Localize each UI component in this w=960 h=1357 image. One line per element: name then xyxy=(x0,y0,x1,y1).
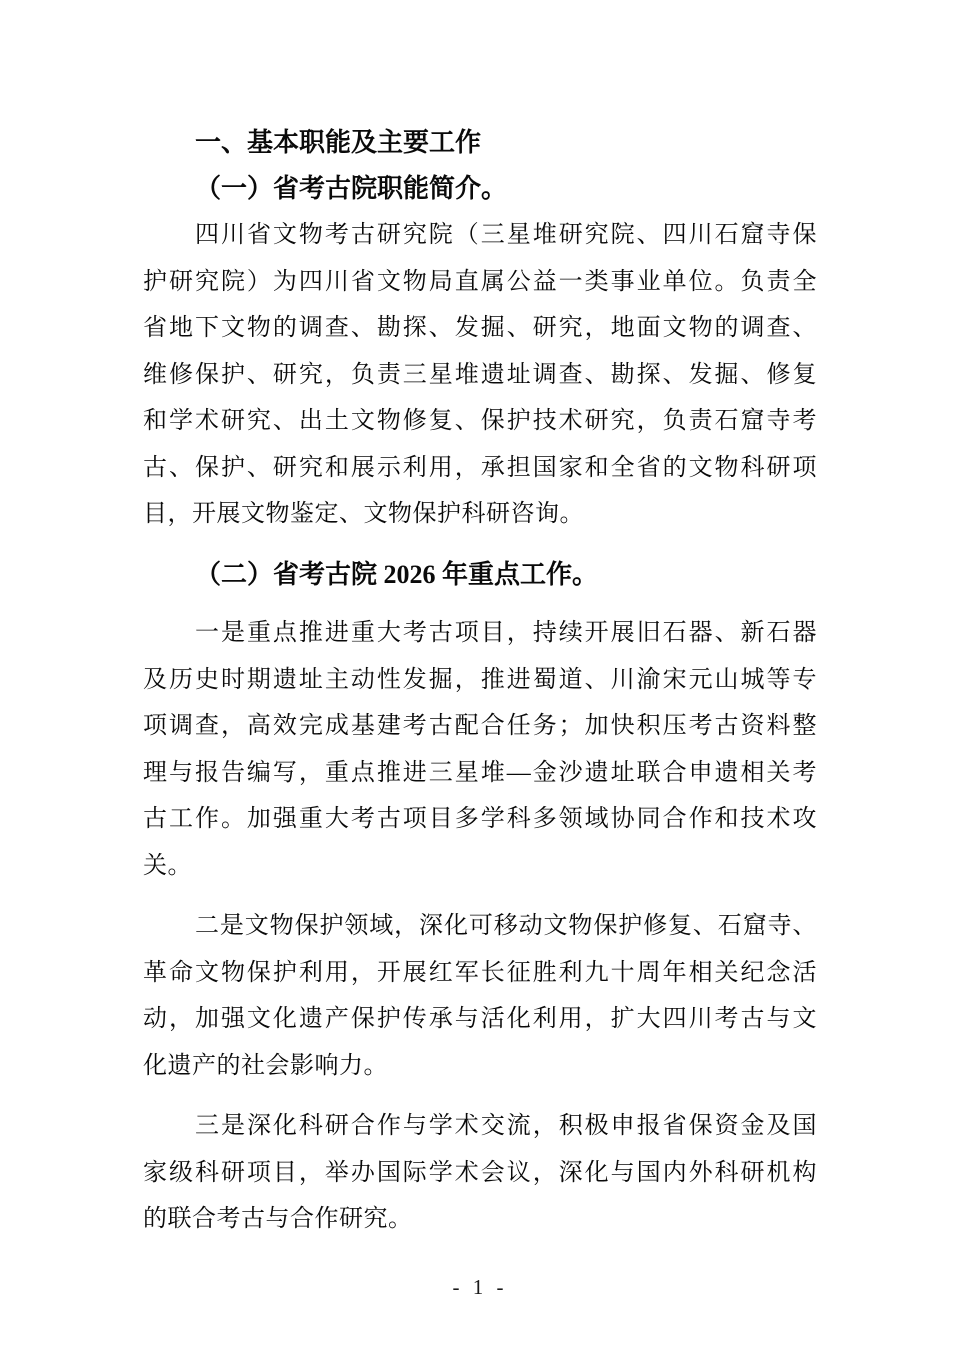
text-line: 动，加强文化遗产保护传承与活化利用，扩大四川考古与文 xyxy=(143,996,817,1043)
text-line: 一是重点推进重大考古项目，持续开展旧石器、新石器 xyxy=(143,610,817,657)
text-line: 护研究院）为四川省文物局直属公益一类事业单位。负责全 xyxy=(143,259,817,306)
heading: （一）省考古院职能简介。 xyxy=(143,166,817,213)
text-line: 维修保护、研究，负责三星堆遗址调查、勘探、发掘、修复 xyxy=(143,352,817,399)
text-line: 古、保护、研究和展示利用，承担国家和全省的文物科研项 xyxy=(143,445,817,492)
page-number: - 1 - xyxy=(453,1275,508,1299)
text-line: 关。 xyxy=(143,843,817,890)
text-line: 家级科研项目，举办国际学术会议，深化与国内外科研机构 xyxy=(143,1150,817,1197)
heading: 一、基本职能及主要工作 xyxy=(143,119,817,166)
text-line: 项调查，高效完成基建考古配合任务；加快积压考古资料整 xyxy=(143,703,817,750)
text-line: 理与报告编写，重点推进三星堆—金沙遗址联合申遗相关考 xyxy=(143,750,817,797)
text-line: 及历史时期遗址主动性发掘，推进蜀道、川渝宋元山城等专 xyxy=(143,657,817,704)
text-line: 和学术研究、出土文物修复、保护技术研究，负责石窟寺考 xyxy=(143,398,817,445)
paragraph: 二是文物保护领域，深化可移动文物保护修复、石窟寺、革命文物保护利用，开展红军长征… xyxy=(143,903,817,1089)
page-footer: - 1 - xyxy=(0,1272,960,1302)
text-line: 化遗产的社会影响力。 xyxy=(143,1043,817,1090)
text-line: 的联合考古与合作研究。 xyxy=(143,1196,817,1243)
heading: （二）省考古院 2026 年重点工作。 xyxy=(143,552,817,599)
paragraph: 一是重点推进重大考古项目，持续开展旧石器、新石器及历史时期遗址主动性发掘，推进蜀… xyxy=(143,610,817,889)
text-line: 二是文物保护领域，深化可移动文物保护修复、石窟寺、 xyxy=(143,903,817,950)
text-line: 三是深化科研合作与学术交流，积极申报省保资金及国 xyxy=(143,1103,817,1150)
document-body: 一、基本职能及主要工作（一）省考古院职能简介。四川省文物考古研究院（三星堆研究院… xyxy=(143,119,817,1243)
text-line: 古工作。加强重大考古项目多学科多领域协同合作和技术攻 xyxy=(143,796,817,843)
text-line: 目，开展文物鉴定、文物保护科研咨询。 xyxy=(143,491,817,538)
document-page: 一、基本职能及主要工作（一）省考古院职能简介。四川省文物考古研究院（三星堆研究院… xyxy=(0,0,960,1357)
text-line: 革命文物保护利用，开展红军长征胜利九十周年相关纪念活 xyxy=(143,950,817,997)
text-line: 省地下文物的调查、勘探、发掘、研究，地面文物的调查、 xyxy=(143,305,817,352)
paragraph: 三是深化科研合作与学术交流，积极申报省保资金及国家级科研项目，举办国际学术会议，… xyxy=(143,1103,817,1243)
text-line: 四川省文物考古研究院（三星堆研究院、四川石窟寺保 xyxy=(143,212,817,259)
paragraph: 四川省文物考古研究院（三星堆研究院、四川石窟寺保护研究院）为四川省文物局直属公益… xyxy=(143,212,817,538)
